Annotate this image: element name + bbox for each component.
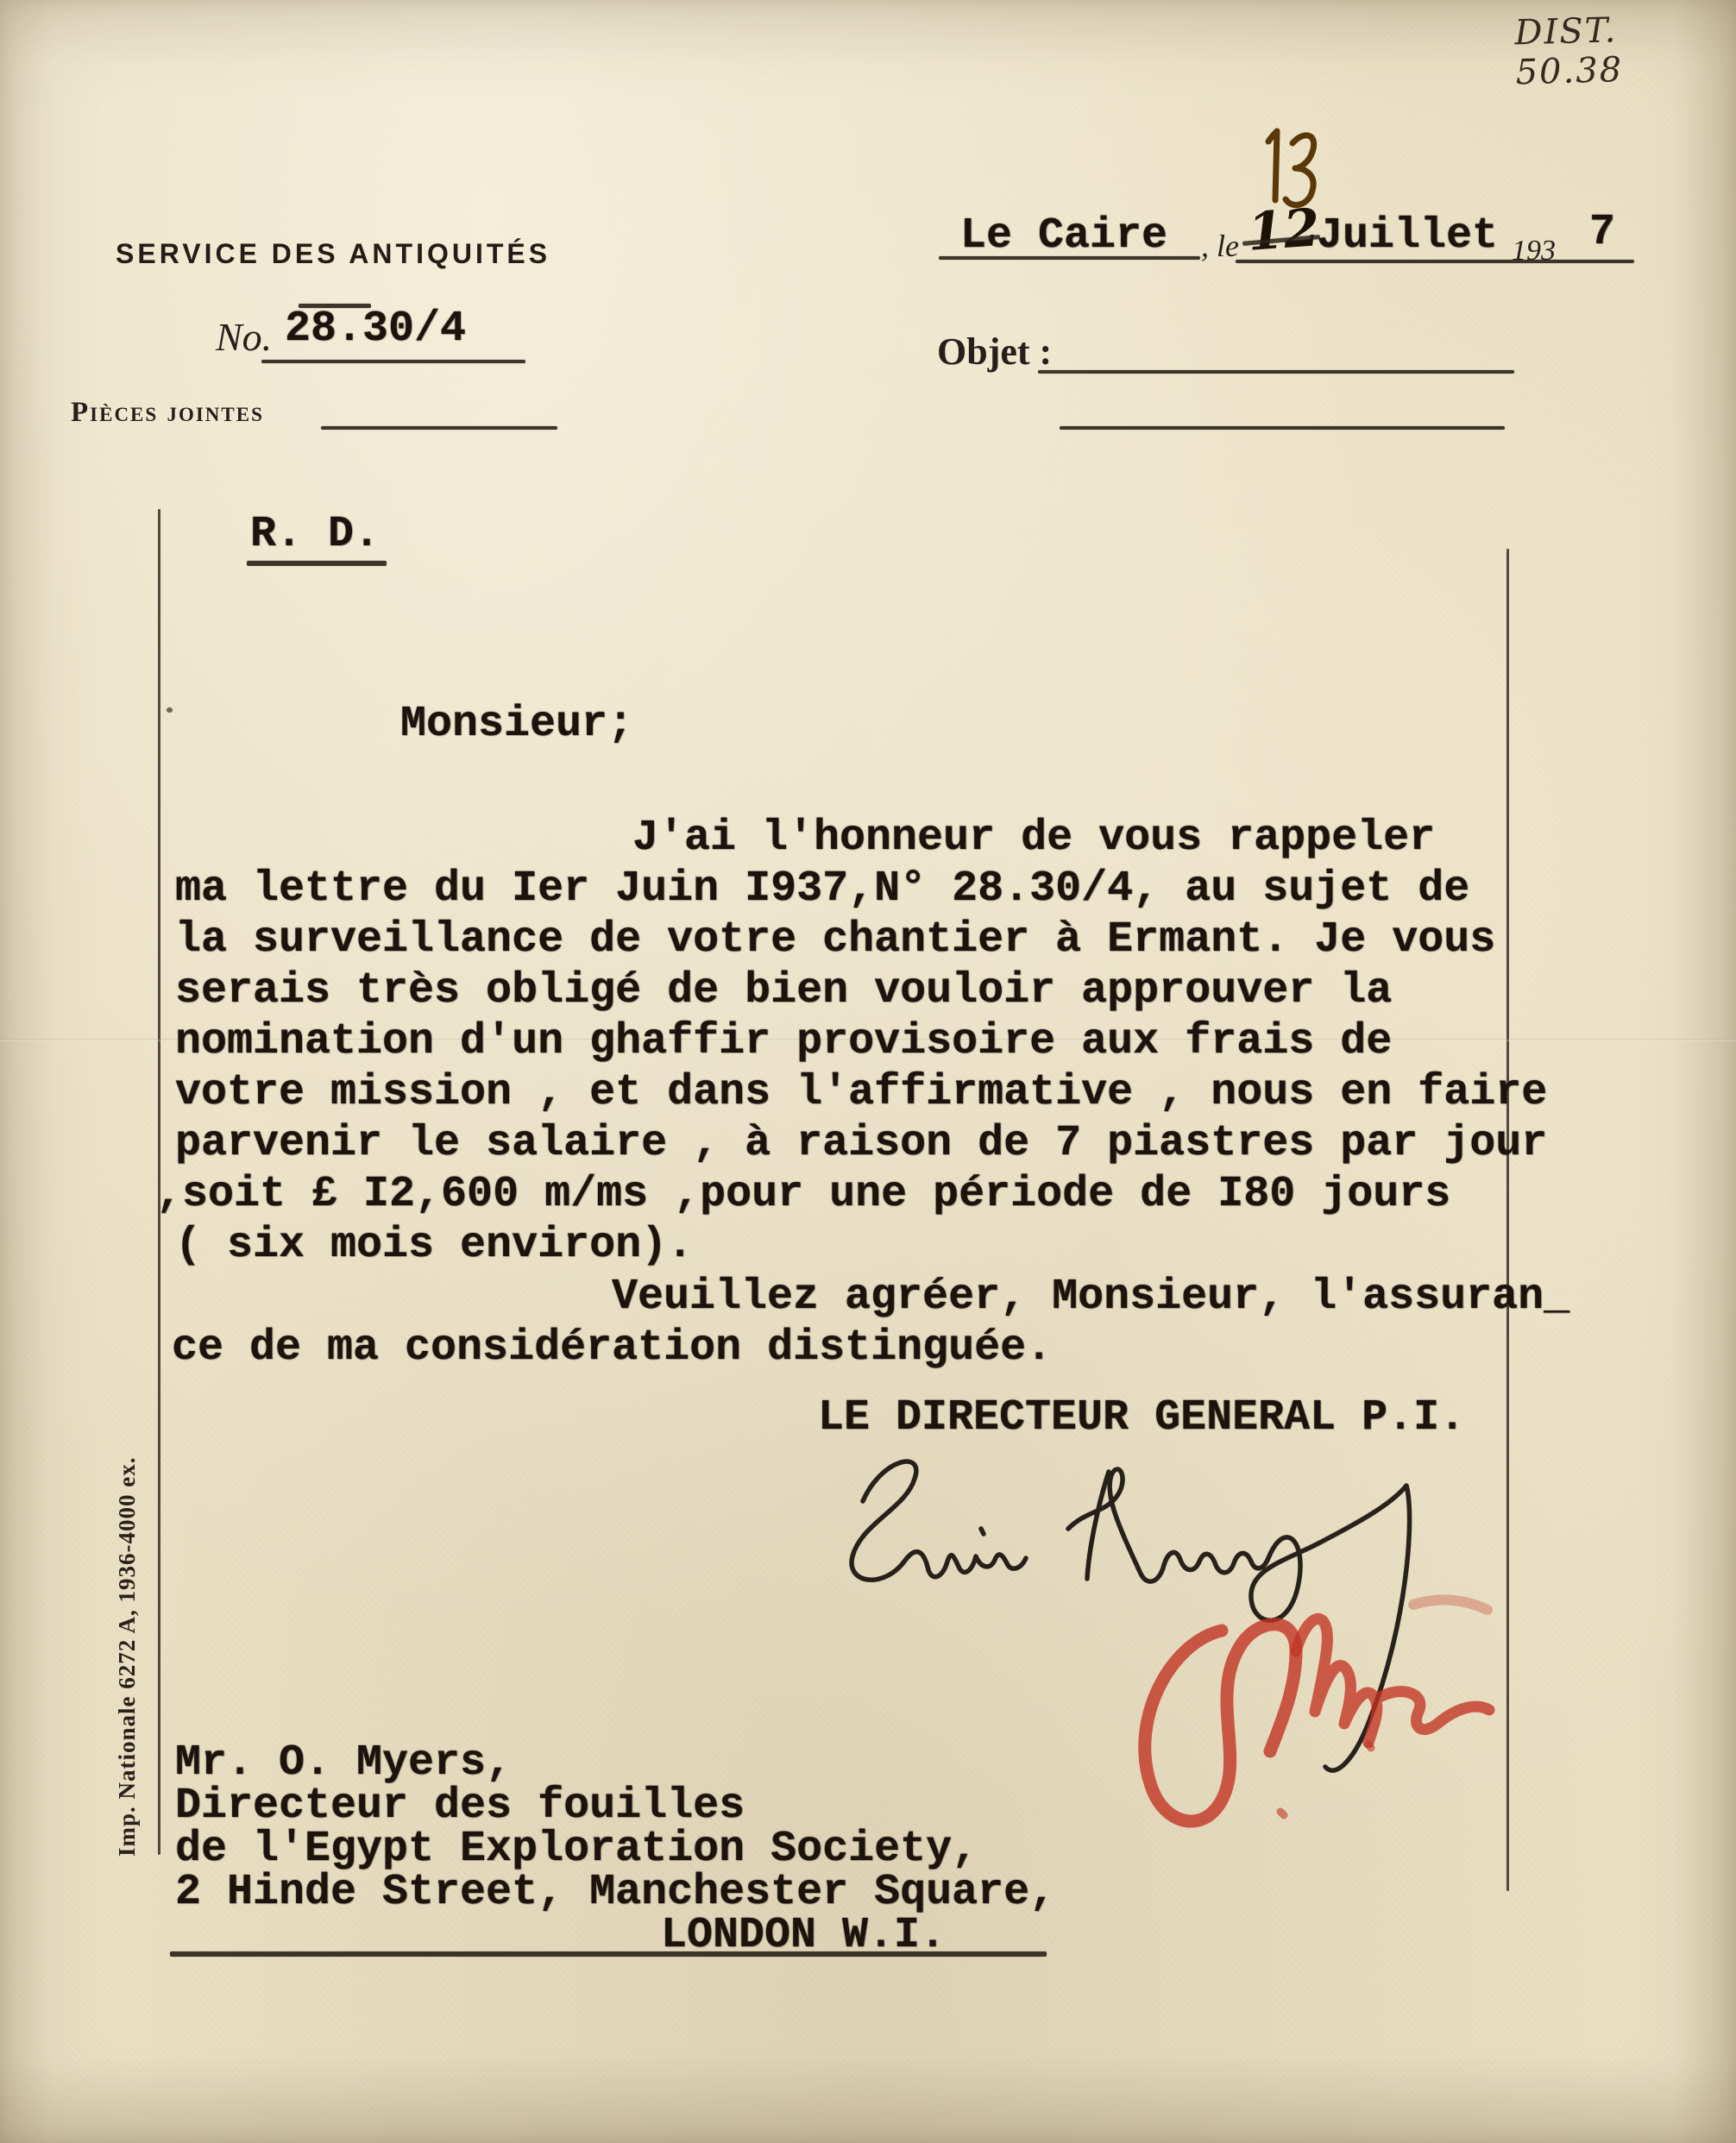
salutation: Monsieur; <box>400 704 633 745</box>
body-line: Veuillez agréer, Monsieur, l'assuran_ <box>612 1277 1569 1318</box>
recipient-underline <box>170 1951 1047 1957</box>
dateline-place: Le Caire <box>960 216 1167 257</box>
body-line: parvenir le salaire , à raison de 7 pias… <box>175 1123 1547 1165</box>
no-label: No. <box>216 314 272 360</box>
dateline-day-corrected-value: 13 <box>0 0 1 1</box>
body-line: serais très obligé de bien vouloir appro… <box>175 971 1392 1012</box>
no-value: 28.30/4 <box>285 309 466 350</box>
body-line: la surveillance de votre chantier à Erma… <box>175 920 1495 961</box>
letter-scan: DIST. 50.38 SERVICE DES ANTIQUITÉS No. 2… <box>0 0 1736 2143</box>
dateline-year-suffix: 7 <box>1589 212 1615 254</box>
body-line: ce de ma considération distinguée. <box>172 1328 1052 1369</box>
dateline-rule-date <box>1236 260 1634 263</box>
stray-ink-dot <box>167 707 173 713</box>
printer-imprint: Imp. Nationale 6272 A, 1936-4000 ex. <box>114 1352 141 1857</box>
reference-mark: R. D. <box>250 514 380 556</box>
dateline-day-corrected <box>1251 124 1320 211</box>
no-rule <box>261 360 525 363</box>
dateline-month: Juillet <box>1317 216 1498 257</box>
recipient-line: LONDON W.I. <box>661 1915 946 1957</box>
signature-name: Selim Hassan <box>0 0 1 1</box>
closing-title: LE DIRECTEUR GENERAL P.I. <box>818 1398 1465 1439</box>
service-title: SERVICE DES ANTIQUITÉS <box>116 238 550 270</box>
pieces-jointes-label: Pièces jointes <box>71 397 264 429</box>
dateline-rule-place <box>939 256 1200 260</box>
body-line: nomination d'un ghaffir provisoire aux f… <box>175 1021 1392 1063</box>
red-initials-scrawl <box>1111 1579 1517 1863</box>
reference-underline <box>247 561 387 566</box>
recipient-line: Mr. O. Myers, <box>175 1743 512 1784</box>
objet-rule-1 <box>1038 370 1514 374</box>
body-line: J'ai l'honneur de vous rappeler <box>632 818 1435 859</box>
body-line: ( six mois environ). <box>175 1225 693 1266</box>
body-line: ,soit £ I2,600 m/ms ,pour une période de… <box>156 1174 1450 1216</box>
body-line: ma lettre du Ier Juin I937,N° 28.30/4, a… <box>175 869 1469 910</box>
recipient-line: de l'Egypt Exploration Society, <box>175 1829 978 1870</box>
archive-dist-number: DIST. 50.38 <box>1514 8 1736 93</box>
recipient-line: Directeur des fouilles <box>175 1786 745 1827</box>
recipient-line: 2 Hinde Street, Manchester Square, <box>175 1872 1055 1914</box>
body-line: votre mission , et dans l'affirmative , … <box>175 1072 1547 1114</box>
dateline-le-label: , le <box>1201 228 1239 264</box>
objet-rule-2 <box>1060 426 1505 430</box>
objet-label: Objet : <box>937 330 1052 374</box>
pieces-jointes-rule <box>321 426 557 430</box>
